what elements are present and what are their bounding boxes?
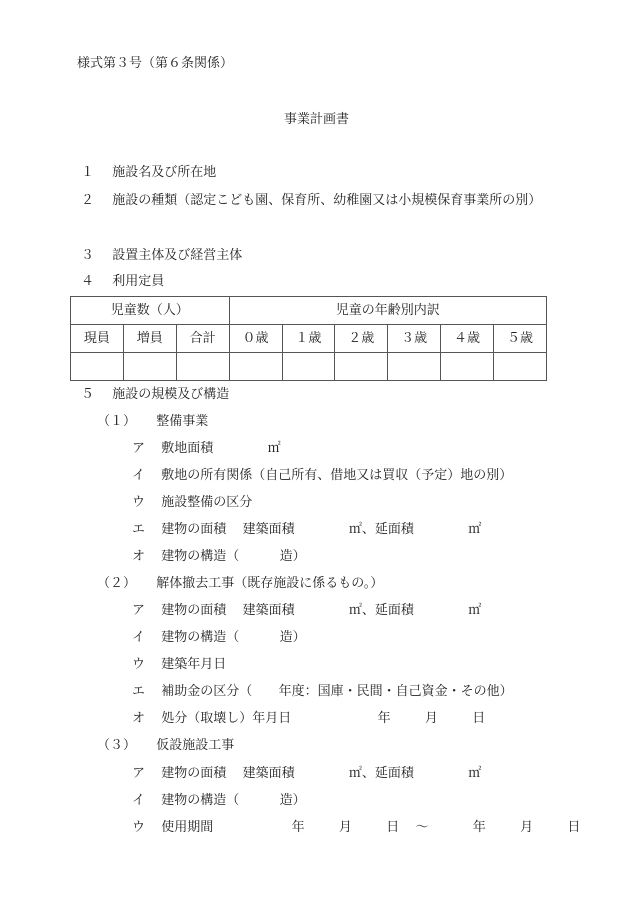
subsection-label: 解体撤去工事（既存施設に係るもの。） — [156, 576, 383, 591]
sub2-item-e: エ 補助金の区分（ 年度：国庫・民間・自己資金・その他） — [132, 684, 513, 700]
item-label: 建物の面積 — [161, 603, 226, 618]
item-label: 建物の構造（ — [161, 630, 239, 645]
section-number: ５ — [81, 387, 94, 402]
unit-label: ㎡ — [468, 522, 481, 537]
item-marker: ア — [132, 441, 145, 456]
item-label: 建物の構造（ — [161, 549, 239, 564]
form-number-label: 様式第３号（第６条関係） — [77, 56, 233, 72]
item-sublabel: 建築面積 — [243, 603, 295, 618]
item-marker: イ — [132, 793, 145, 808]
year-label: 年 — [292, 820, 305, 835]
group-header-child-count: 児童数（人） — [71, 297, 230, 325]
item-marker: イ — [132, 468, 145, 483]
table-column-header-row: 現員 増員 合計 ０歳 １歳 ２歳 ３歳 ４歳 ５歳 — [71, 325, 547, 353]
col-header-age-0: ０歳 — [229, 325, 282, 353]
item-label: 建築年月日 — [161, 657, 226, 672]
section-label: 施設の規模及び構造 — [112, 387, 229, 402]
section-label: 施設の種類（認定こども園、保育所、幼稚園又は小規模保育事業所の別） — [112, 193, 541, 208]
item-marker: エ — [132, 684, 145, 699]
sub1-item-o: オ 建物の構造（ 造） — [132, 549, 306, 565]
item-marker: ウ — [132, 657, 145, 672]
item-label: 建物の面積 — [161, 522, 226, 537]
subsection-number: （１） — [97, 414, 136, 429]
col-header-increase: 増員 — [123, 325, 176, 353]
cell-increase[interactable] — [123, 353, 176, 381]
cell-total[interactable] — [176, 353, 229, 381]
cell-age-5[interactable] — [494, 353, 547, 381]
year-label: 年 — [473, 820, 486, 835]
range-separator: ～ — [415, 820, 428, 835]
sub3-item-u: ウ 使用期間 年 月 日 ～ 年 月 日 — [132, 820, 580, 836]
section-2: ２ 施設の種類（認定こども園、保育所、幼稚園又は小規模保育事業所の別） — [81, 193, 541, 209]
item-marker: ウ — [132, 495, 145, 510]
section-4: ４ 利用定員 — [81, 274, 164, 290]
sub3-item-a: ア 建物の面積 建築面積 ㎡、延面積 ㎡ — [132, 766, 481, 782]
unit-label: ㎡、延面積 — [349, 522, 414, 537]
item-suffix: 年度：国庫・民間・自己資金・その他） — [279, 684, 513, 699]
sub1-item-u: ウ 施設整備の区分 — [132, 495, 252, 511]
item-sublabel: 建築面積 — [243, 522, 295, 537]
sub1-item-e: エ 建物の面積 建築面積 ㎡、延面積 ㎡ — [132, 522, 481, 538]
section-number: １ — [81, 165, 94, 180]
item-label: 建物の構造（ — [161, 793, 239, 808]
col-header-age-3: ３歳 — [388, 325, 441, 353]
unit-label: ㎡、延面積 — [349, 766, 414, 781]
sub2-item-i: イ 建物の構造（ 造） — [132, 630, 306, 646]
table-row — [71, 353, 547, 381]
sub3-item-i: イ 建物の構造（ 造） — [132, 793, 306, 809]
sub1-item-i: イ 敷地の所有関係（自己所有、借地又は買収（予定）地の別） — [132, 468, 512, 484]
item-marker: イ — [132, 630, 145, 645]
unit-label: ㎡、延面積 — [349, 603, 414, 618]
col-header-age-2: ２歳 — [335, 325, 388, 353]
section-5: ５ 施設の規模及び構造 — [81, 387, 229, 403]
month-label: 月 — [520, 820, 533, 835]
subsection-label: 整備事業 — [156, 414, 208, 429]
item-label: 敷地面積 — [161, 441, 213, 456]
unit-label: ㎡ — [468, 603, 481, 618]
month-label: 月 — [425, 711, 438, 726]
col-header-age-1: １歳 — [282, 325, 335, 353]
group-header-age-breakdown: 児童の年齢別内訳 — [229, 297, 546, 325]
capacity-table: 児童数（人） 児童の年齢別内訳 現員 増員 合計 ０歳 １歳 ２歳 ３歳 ４歳 … — [70, 296, 547, 381]
item-label: 補助金の区分（ — [161, 684, 252, 699]
subsection-2: （２） 解体撤去工事（既存施設に係るもの。） — [97, 576, 383, 592]
cell-age-2[interactable] — [335, 353, 388, 381]
item-label: 施設整備の区分 — [161, 495, 252, 510]
sub2-item-u: ウ 建築年月日 — [132, 657, 226, 673]
subsection-3: （３） 仮設施設工事 — [97, 738, 234, 754]
cell-current[interactable] — [71, 353, 124, 381]
col-header-current: 現員 — [71, 325, 124, 353]
cell-age-3[interactable] — [388, 353, 441, 381]
document-title: 事業計画書 — [284, 112, 349, 128]
cell-age-1[interactable] — [282, 353, 335, 381]
item-label: 使用期間 — [161, 820, 213, 835]
col-header-age-4: ４歳 — [441, 325, 494, 353]
section-label: 利用定員 — [112, 274, 164, 289]
section-1: １ 施設名及び所在地 — [81, 165, 216, 181]
subsection-1: （１） 整備事業 — [97, 414, 208, 430]
year-label: 年 — [378, 711, 391, 726]
item-label: 処分（取壊し）年月日 — [161, 711, 291, 726]
item-suffix: 造） — [280, 793, 306, 808]
day-label: 日 — [386, 820, 399, 835]
day-label: 日 — [567, 820, 580, 835]
subsection-number: （３） — [97, 738, 136, 753]
day-label: 日 — [472, 711, 485, 726]
col-header-total: 合計 — [176, 325, 229, 353]
unit-label: ㎡ — [268, 441, 281, 456]
item-marker: オ — [132, 549, 145, 564]
cell-age-0[interactable] — [229, 353, 282, 381]
subsection-number: （２） — [97, 576, 136, 591]
sub1-item-a: ア 敷地面積 ㎡ — [132, 441, 281, 457]
unit-label: ㎡ — [468, 766, 481, 781]
item-label: 建物の面積 — [161, 766, 226, 781]
section-3: ３ 設置主体及び経営主体 — [81, 248, 242, 264]
sub2-item-o: オ 処分（取壊し）年月日 年 月 日 — [132, 711, 485, 727]
section-label: 設置主体及び経営主体 — [112, 248, 242, 263]
month-label: 月 — [339, 820, 352, 835]
item-label: 敷地の所有関係（自己所有、借地又は買収（予定）地の別） — [161, 468, 512, 483]
item-marker: ウ — [132, 820, 145, 835]
section-number: ２ — [81, 193, 94, 208]
section-number: ３ — [81, 248, 94, 263]
item-marker: ア — [132, 603, 145, 618]
item-suffix: 造） — [280, 549, 306, 564]
item-marker: エ — [132, 522, 145, 537]
item-suffix: 造） — [280, 630, 306, 645]
item-marker: ア — [132, 766, 145, 781]
item-marker: オ — [132, 711, 145, 726]
section-number: ４ — [81, 274, 94, 289]
cell-age-4[interactable] — [441, 353, 494, 381]
item-sublabel: 建築面積 — [243, 766, 295, 781]
subsection-label: 仮設施設工事 — [156, 738, 234, 753]
table-group-header-row: 児童数（人） 児童の年齢別内訳 — [71, 297, 547, 325]
col-header-age-5: ５歳 — [494, 325, 547, 353]
sub2-item-a: ア 建物の面積 建築面積 ㎡、延面積 ㎡ — [132, 603, 481, 619]
section-label: 施設名及び所在地 — [112, 165, 216, 180]
